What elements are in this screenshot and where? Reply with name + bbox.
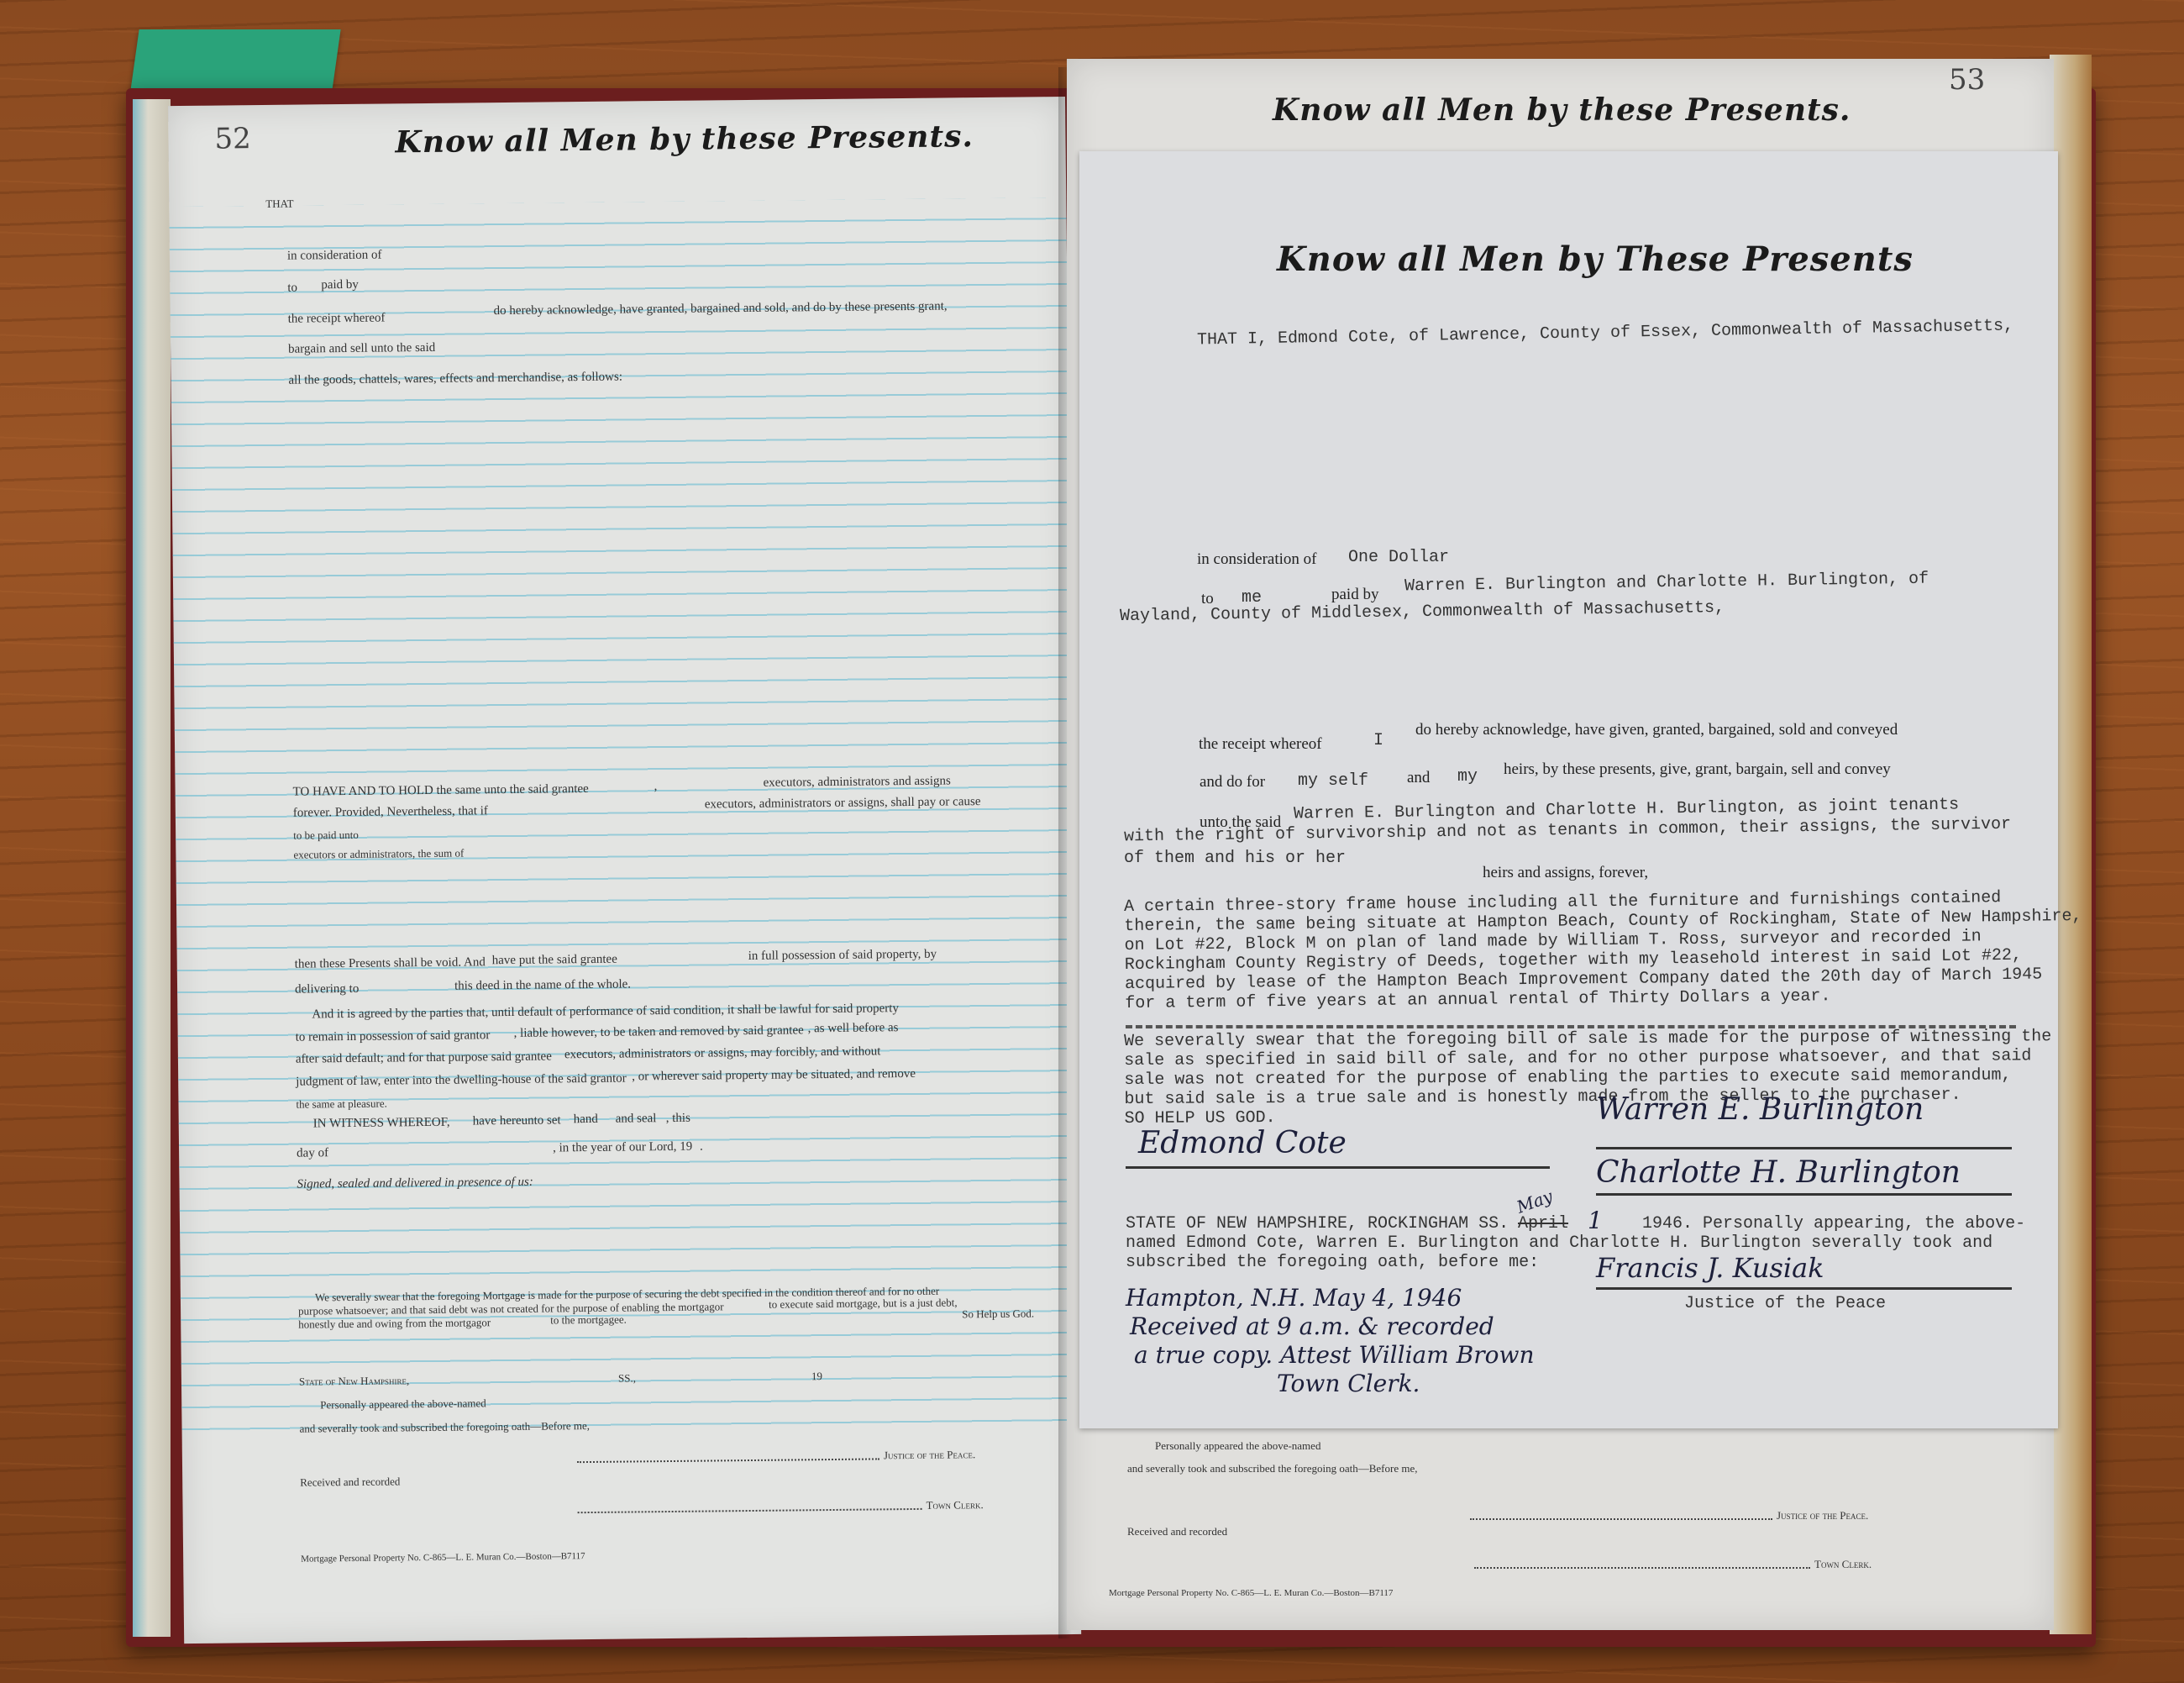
justice-signature-line	[577, 1458, 879, 1463]
buyer-signature-line-2	[1596, 1193, 2012, 1196]
clerk-label: Town Clerk.	[926, 1498, 983, 1512]
buyer-signature-2: Charlotte H. Burlington	[1596, 1155, 1961, 1190]
form-line: in consideration of	[287, 249, 382, 264]
grantee-continuation: of them and his or her	[1124, 849, 1346, 868]
that-label: THAT	[265, 197, 293, 211]
form-line: to be paid unto	[293, 828, 359, 843]
and-value: my	[1457, 767, 1478, 786]
form-line: IN WITNESS WHEREOF,	[313, 1116, 450, 1132]
justice-title: Justice of the Peace	[1684, 1294, 1886, 1313]
handwritten-line: Received at 9 a.m. & recorded	[1130, 1312, 1494, 1340]
form-line: to	[287, 281, 297, 296]
handwritten-line: a true copy. Attest William Brown	[1134, 1341, 1535, 1369]
handwritten-line: Hampton, N.H. May 4, 1946	[1126, 1284, 1462, 1312]
form-line: day of	[297, 1146, 328, 1160]
receipt-value: I	[1373, 731, 1383, 750]
oath-line: to execute said mortgage, but is a just …	[769, 1296, 958, 1311]
state-label: State of New Hampshire,	[299, 1374, 409, 1388]
justice-label: Justice of the Peace.	[884, 1448, 975, 1462]
page-stack-left	[133, 99, 171, 1637]
page-number: 52	[214, 122, 251, 155]
form-line: Personally appeared the above-named	[1155, 1439, 1320, 1453]
form-line: forever. Provided, Nevertheless, that if	[293, 804, 488, 820]
oath-line: So Help us God.	[962, 1307, 1034, 1321]
oath-line: to the mortgagee.	[550, 1313, 627, 1328]
clerk-label: Town Clerk.	[1814, 1558, 1872, 1571]
jurat-venue: STATE OF NEW HAMPSHIRE, ROCKINGHAM SS.	[1126, 1214, 1509, 1233]
justice-signature: Francis J. Kusiak	[1596, 1252, 1824, 1284]
page-heading: Know all Men by these Presents.	[1273, 92, 1851, 128]
jurat-text: named Edmond Cote, Warren E. Burlington …	[1126, 1233, 1992, 1253]
handwritten-day: 1	[1588, 1207, 1603, 1234]
form-line: , as well before as	[808, 1021, 899, 1036]
form-line: hand	[574, 1112, 598, 1127]
year-label: 19	[811, 1370, 822, 1383]
clerk-signature-line	[578, 1508, 922, 1513]
paid-by-label: paid by	[1331, 586, 1378, 604]
form-line: the same at pleasure.	[296, 1097, 386, 1112]
green-bookmark-tab	[129, 29, 340, 97]
seller-signature-line	[1126, 1166, 1550, 1169]
consideration-value: One Dollar	[1348, 548, 1449, 567]
struck-month: April	[1518, 1214, 1568, 1233]
form-line: have put the said grantee	[492, 953, 617, 969]
receipt-label: the receipt whereof	[1199, 735, 1322, 754]
form-line: after said default; and for that purpose…	[296, 1049, 552, 1066]
oath-line: honestly due and owing from the mortgago…	[298, 1316, 491, 1331]
buyer-signature-line-1	[1596, 1147, 2012, 1149]
jurat-text: 1946. Personally appearing, the above-	[1642, 1214, 2025, 1233]
left-page: 52 Know all Men by these Presents. THAT …	[168, 97, 1081, 1644]
heirs-text: heirs, by these presents, give, grant, b…	[1504, 760, 1891, 779]
ss-label: SS.,	[618, 1371, 636, 1385]
form-line: paid by	[321, 278, 359, 292]
form-line: executors, administrators and assigns	[763, 774, 950, 790]
form-line: have hereunto set	[473, 1113, 561, 1128]
seller-signature: Edmond Cote	[1138, 1126, 1347, 1160]
form-line: and severally took and subscribed the fo…	[1127, 1462, 1417, 1475]
do-for-label: and do for	[1200, 773, 1265, 792]
form-line: this deed in the name of the whole.	[454, 977, 631, 993]
form-footer: Mortgage Personal Property No. C-865—L. …	[1109, 1588, 1393, 1598]
jurat-text: subscribed the foregoing oath, before me…	[1126, 1253, 1539, 1272]
form-line: to remain in possession of said grantor	[296, 1028, 491, 1044]
and-label: and	[1407, 769, 1430, 787]
form-line: .	[700, 1140, 703, 1154]
form-line: ,	[654, 780, 657, 794]
form-line: in full possession of said property, by	[748, 948, 937, 964]
handwritten-line: Town Clerk.	[1277, 1370, 1420, 1397]
bill-of-sale-heading: Know all Men by These Presents	[1277, 239, 1914, 279]
form-line: and severally took and subscribed the fo…	[299, 1419, 590, 1436]
page-number: 53	[1949, 63, 1985, 97]
form-line: Received and recorded	[1127, 1525, 1227, 1538]
form-line: delivering to	[295, 982, 359, 997]
form-line: Personally appeared the above-named	[320, 1396, 486, 1412]
form-line: , or wherever said property may be situa…	[632, 1067, 916, 1085]
justice-signature-line	[1596, 1287, 2012, 1290]
form-line: executors, administrators or assigns, sh…	[705, 795, 981, 812]
form-line: executors or administrators, the sum of	[293, 847, 464, 862]
justice-signature-line	[1470, 1518, 1772, 1520]
form-line: Signed, sealed and delivered in presence…	[297, 1175, 533, 1192]
buyer-signature-1: Warren E. Burlington	[1596, 1092, 1924, 1127]
form-line: then these Presents shall be void. And	[295, 955, 486, 971]
receipt-text: do hereby acknowledge, have given, grant…	[1415, 721, 1898, 739]
form-line: the receipt whereof	[288, 311, 386, 326]
form-line: , liable however, to be taken and remove…	[514, 1023, 804, 1041]
do-for-value: my self	[1298, 771, 1368, 791]
page-heading: Know all Men by these Presents.	[395, 118, 974, 160]
form-line: and seal	[616, 1112, 657, 1127]
form-line: , this	[666, 1112, 690, 1126]
form-footer: Mortgage Personal Property No. C-865—L. …	[301, 1551, 585, 1565]
form-line: Received and recorded	[300, 1475, 400, 1489]
heirs-assigns-text: heirs and assigns, forever,	[1483, 864, 1648, 882]
form-line: bargain and sell unto the said	[288, 341, 435, 357]
consideration-label: in consideration of	[1197, 550, 1316, 569]
justice-label: Justice of the Peace.	[1777, 1509, 1868, 1523]
clerk-signature-line	[1474, 1567, 1810, 1569]
form-line: , in the year of our Lord, 19	[553, 1140, 692, 1156]
